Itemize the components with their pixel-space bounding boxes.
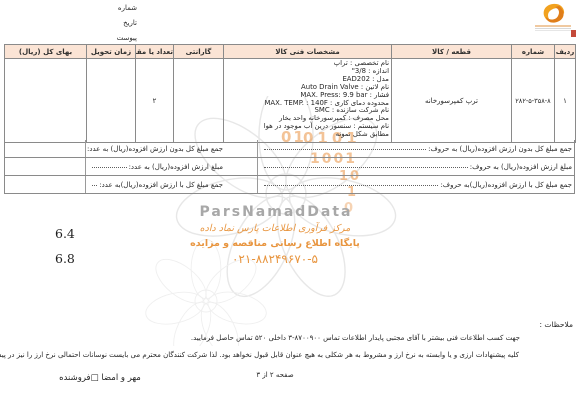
total-amount-box (5, 140, 85, 157)
remark-currency-line: کلیه پیشنهادات ارزی و یا وابسته به نرخ ا… (0, 351, 519, 359)
grand-total-amount-box (5, 176, 85, 193)
cell-quantity: ۲ (136, 59, 174, 143)
header-code: شماره (512, 45, 555, 59)
table-row: ۱ ۲۸۲-۵-۳۵۸-۸ ترپ کمپرسورخانه نام تخصصی … (5, 59, 576, 143)
cell-warranty (174, 59, 224, 143)
item-code: ۲۸۲-۵-۳۵۸-۸ (515, 97, 550, 105)
meta-label-number: شماره (103, 3, 137, 18)
header-warranty: گارانتی (174, 45, 224, 59)
logo-swirl-icon (538, 1, 568, 25)
total-row-with-vat: جمع مبلغ کل با ارزش افزوده(ریال)به حروف:… (4, 176, 575, 194)
document-meta-labels: شماره تاریخ پیوست (103, 3, 137, 48)
vat-amount-row: مبلغ ارزش افزوده(ریال) به حروف: مبلغ ارز… (4, 158, 575, 176)
edge-mark (571, 30, 576, 37)
total-words-label: جمع مبلغ کل بدون ارزش افزوده(ریال) به حر… (428, 145, 572, 153)
contact-text-suffix: داخلی ۵۲۰ تماس حاصل فرمایید. (191, 334, 288, 342)
meta-label-date: تاریخ (103, 18, 137, 33)
remarks-title: ملاحظات : (539, 320, 573, 329)
spec-line: مطابق شکل نمونه (226, 131, 389, 139)
items-table: ردیف شماره قطعه / کالا مشخصات فنی کالا گ… (4, 44, 576, 143)
total-row-without-vat: جمع مبلغ کل بدون ارزش افزوده(ریال) به حر… (4, 140, 575, 158)
handwritten-value-1: 6.4 (55, 226, 75, 241)
header-delivery: زمان تحویل (87, 45, 136, 59)
seller-signature-label: مهر و امضا □فروشنده (50, 373, 150, 383)
company-logo (533, 1, 573, 33)
dotted-leader (264, 159, 468, 168)
dotted-leader (92, 177, 97, 186)
total-digits-label: جمع مبلغ کل بدون ارزش افزوده(ریال) به عد… (87, 145, 223, 153)
grand-total-digits-cell: جمع مبلغ کل با ارزش افزوده(ریال)به عدد: (85, 176, 257, 193)
vat-digits-label: مبلغ ارزش افزوده(ریال) به عدد: (129, 163, 223, 171)
header-row-number: ردیف (555, 45, 576, 59)
cell-part-name: ترپ کمپرسورخانه (392, 59, 512, 143)
table-header-row: ردیف شماره قطعه / کالا مشخصات فنی کالا گ… (5, 45, 576, 59)
totals-section: جمع مبلغ کل بدون ارزش افزوده(ریال) به حر… (4, 140, 575, 194)
grand-total-words-cell: جمع مبلغ کل با ارزش افزوده(ریال)به حروف: (257, 176, 574, 193)
header-total-price: بهای کل (ریال) (5, 45, 87, 59)
header-specs: مشخصات فنی کالا (224, 45, 392, 59)
vat-digits-cell: مبلغ ارزش افزوده(ریال) به عدد: (85, 158, 257, 175)
remark-contact-line: جهت کسب اطلاعات فنی بیشتر با آقای مجتبی … (191, 334, 520, 342)
dotted-leader (264, 141, 426, 150)
contact-text-prefix: جهت کسب اطلاعات فنی بیشتر با آقای مجتبی … (321, 334, 520, 342)
dotted-leader (264, 177, 438, 186)
cell-total-price (5, 59, 87, 143)
tender-form-page: 01 0101 1001 10 1 0 ParsNamadData مرکز ف… (0, 0, 576, 397)
logo-caption (535, 25, 571, 33)
vat-words-label: مبلغ ارزش افزوده(ریال) به حروف: (470, 163, 572, 171)
grand-total-words-label: جمع مبلغ کل با ارزش افزوده(ریال)به حروف: (440, 181, 572, 189)
total-digits-cell: جمع مبلغ کل بدون ارزش افزوده(ریال) به عد… (85, 140, 257, 157)
page-indicator: صفحه ۲ از ۳ (238, 371, 312, 379)
vat-amount-box (5, 158, 85, 175)
grand-total-digits-label: جمع مبلغ کل با ارزش افزوده(ریال)به عدد: (99, 181, 223, 189)
cell-specs: نام تخصصی : تراپ اندازه : 3/8" مدل : EAD… (224, 59, 392, 143)
header-part-name: قطعه / کالا (392, 45, 512, 59)
contact-phone-number: ۳-۸۷۰۰۹۰۰ (288, 334, 321, 342)
dotted-leader (92, 159, 127, 168)
cell-code: ۲۸۲-۵-۳۵۸-۸ (512, 59, 555, 143)
handwritten-value-2: 6.8 (55, 251, 75, 266)
total-words-cell: جمع مبلغ کل بدون ارزش افزوده(ریال) به حر… (257, 140, 574, 157)
cell-delivery-time (87, 59, 136, 143)
cell-row-number: ۱ (555, 59, 576, 143)
vat-words-cell: مبلغ ارزش افزوده(ریال) به حروف: (257, 158, 574, 175)
header-quantity: تعداد یا مقدار (136, 45, 174, 59)
